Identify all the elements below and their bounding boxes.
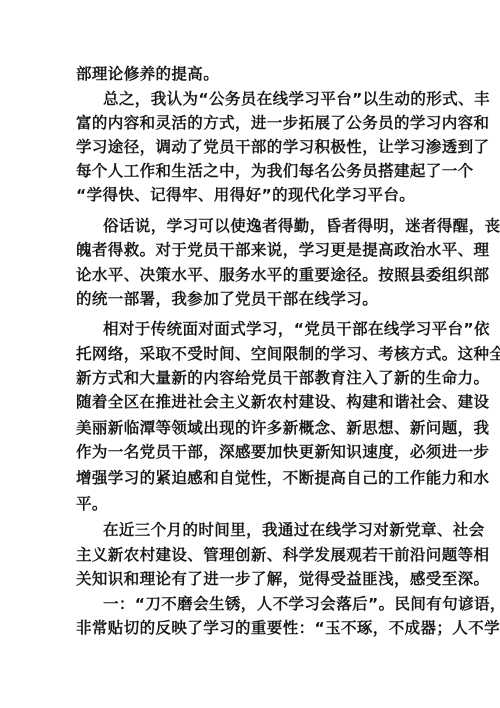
text-line: 论水平、决策水平、服务水平的重要途径。按照县委组织部 xyxy=(76,265,489,285)
text-line: 新方式和大量新的内容给党员干部教育注入了新的生命力。 xyxy=(76,368,489,388)
document-page: 部理论修养的提高。总之，我认为“公务员在线学习平台”以生动的形式、丰富的内容和灵… xyxy=(0,0,500,708)
text-line: 俗话说，学习可以使逸者得勤，昏者得明，迷者得醒，丧 xyxy=(103,216,500,236)
text-line: 平。 xyxy=(76,494,108,514)
text-line: 的统一部署，我参加了党员干部在线学习。 xyxy=(76,289,378,309)
text-line: 富的内容和灵活的方式，进一步拓展了公务员的学习内容和 xyxy=(76,113,489,133)
text-line: 主义新农村建设、管理创新、科学发展观若干前沿问题等相 xyxy=(76,545,489,565)
text-line: 在近三个月的时间里，我通过在线学习对新党章、社会 xyxy=(103,520,485,540)
text-line: 一：“刀不磨会生锈，人不学习会落后”。民间有句谚语， xyxy=(103,594,500,614)
text-line: 部理论修养的提高。 xyxy=(76,64,219,84)
text-line: 每个人工作和生活之中，为我们每名公务员搭建起了一个 xyxy=(76,161,474,181)
text-line: 随着全区在推进社会主义新农村建设、构建和谐社会、建设 xyxy=(76,392,489,412)
text-line: 增强学习的紧迫感和自觉性，不断提高自己的工作能力和水 xyxy=(76,468,489,488)
text-line: 托网络，采取不受时间、空间限制的学习、考核方式。这种全 xyxy=(76,344,500,364)
text-line: 非常贴切的反映了学习的重要性：“玉不琢，不成器；人不学， xyxy=(76,618,500,638)
text-line: 总之，我认为“公务员在线学习平台”以生动的形式、丰 xyxy=(103,89,490,109)
text-line: 相对于传统面对面式学习，“党员干部在线学习平台”依 xyxy=(103,319,490,339)
text-line: “学得快、记得牢、用得好”的现代化学习平台。 xyxy=(76,185,415,205)
text-line: 关知识和理论有了进一步了解，觉得受益匪浅，感受至深。 xyxy=(76,569,489,589)
text-line: 作为一名党员干部，深感要加快更新知识速度，必须进一步 xyxy=(76,442,489,462)
text-line: 魄者得救。对于党员干部来说，学习更是提高政治水平、理 xyxy=(76,240,489,260)
text-line: 学习途径，调动了党员干部的学习积极性，让学习渗透到了 xyxy=(76,137,489,157)
text-line: 美丽新临潭等领域出现的许多新概念、新思想、新问题，我 xyxy=(76,418,489,438)
